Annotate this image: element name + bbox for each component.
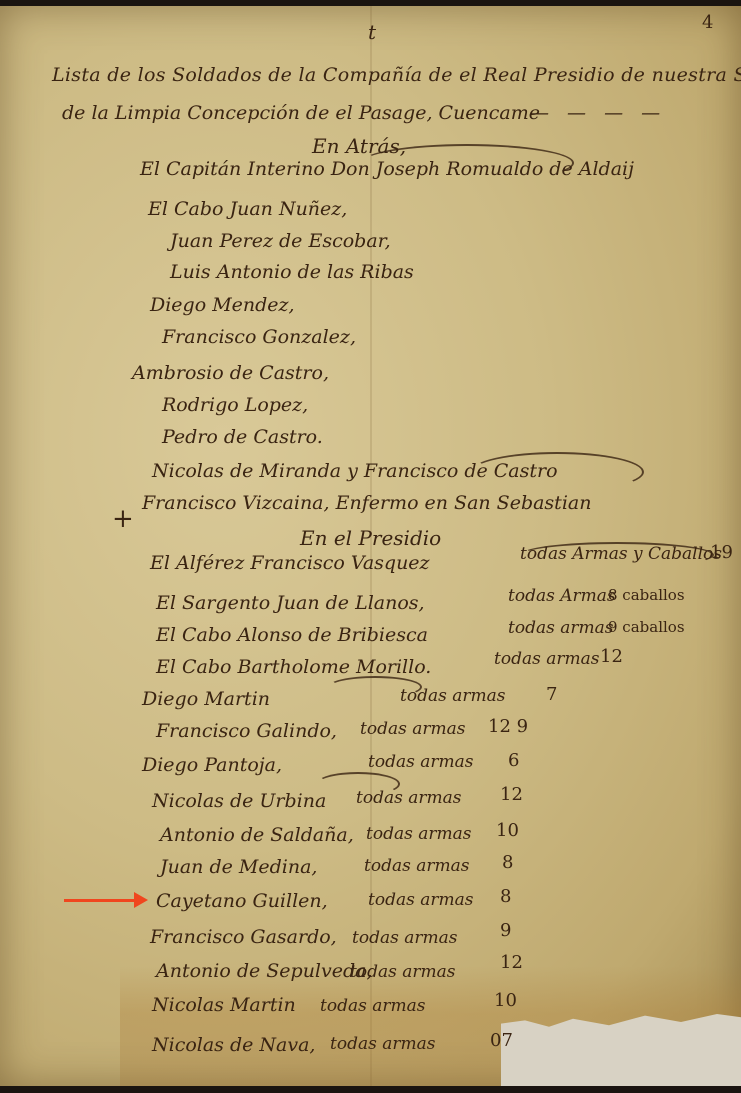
pen-flourish — [520, 542, 714, 568]
pen-flourish — [328, 676, 422, 698]
entry-arms: todas armas — [366, 824, 471, 844]
red-arrow-annotation — [64, 899, 136, 902]
entry-name: Nicolas de Urbina — [152, 790, 326, 812]
entry-name: Nicolas Martin — [152, 994, 296, 1016]
entry-count: 12 — [500, 952, 523, 973]
entry-arms: todas armas — [494, 649, 599, 669]
pen-flourish — [470, 452, 644, 492]
entry-arms: todas armas — [368, 752, 473, 772]
top-mark: t — [368, 20, 376, 44]
entry-name: Antonio de Saldaña, — [160, 824, 354, 846]
entry-count: 12 — [600, 646, 623, 667]
entry-name: Diego Mendez, — [150, 294, 295, 316]
entry-name: Diego Pantoja, — [142, 754, 282, 776]
title-line-2: de la Limpia Concepción de el Pasage, Cu… — [62, 102, 540, 124]
entry-name: Francisco Galindo, — [156, 720, 337, 742]
entry-name: Diego Martin — [142, 688, 270, 710]
entry-count: 10 — [494, 990, 517, 1011]
title-line-1: Lista de los Soldados de la Compañía de … — [52, 64, 741, 86]
folio-number: 4 — [702, 12, 713, 33]
entry-count: 10 — [496, 820, 519, 841]
entry-count: 19 — [710, 542, 733, 563]
entry-name: El Sargento Juan de Llanos, — [156, 592, 425, 614]
entry-name: El Cabo Bartholome Morillo. — [156, 656, 431, 678]
entry-arms: todas armas — [350, 962, 455, 982]
margin-cross-mark: + — [112, 504, 134, 534]
entry-name: Juan Perez de Escobar, — [170, 230, 391, 252]
manuscript-page: 4 t Lista de los Soldados de la Compañía… — [0, 6, 741, 1086]
entry-arms: todas Armas — [508, 586, 616, 606]
section-heading: En el Presidio — [300, 526, 441, 550]
entry-name: Antonio de Sepulveda, — [156, 960, 373, 982]
entry-name-highlighted: Cayetano Guillen, — [156, 890, 328, 912]
entry-count: 8 — [500, 886, 511, 907]
entry-name: Rodrigo Lopez, — [162, 394, 308, 416]
entry-name: Francisco Gasardo, — [150, 926, 337, 948]
entry-arms: todas armas — [330, 1034, 435, 1054]
title-dashes: — — — — — [530, 102, 666, 124]
entry-name: Francisco Vizcaina, Enfermo en San Sebas… — [142, 492, 591, 514]
entry-name: Ambrosio de Castro, — [132, 362, 329, 384]
entry-count: 12 — [500, 784, 523, 805]
pen-flourish — [316, 772, 400, 796]
entry-arms: todas armas — [368, 890, 473, 910]
entry-count: 9 — [500, 920, 511, 941]
entry-name: El Cabo Alonso de Bribiesca — [156, 624, 428, 646]
entry-arms: todas armas — [508, 618, 613, 638]
entry-count: 8 — [502, 852, 513, 873]
entry-count: 7 — [546, 684, 557, 705]
entry-count: 8 caballos — [608, 586, 685, 604]
entry-name: Pedro de Castro. — [162, 426, 323, 448]
entry-arms: todas armas — [364, 856, 469, 876]
entry-count: 9 caballos — [608, 618, 685, 636]
entry-count: 12 9 — [488, 716, 528, 737]
entry-arms: todas armas — [360, 719, 465, 739]
entry-name: Francisco Gonzalez, — [162, 326, 356, 348]
entry-name: Nicolas de Nava, — [152, 1034, 315, 1056]
entry-count: 07 — [490, 1030, 513, 1051]
entry-name: Luis Antonio de las Ribas — [170, 261, 414, 283]
entry-arms: todas armas — [352, 928, 457, 948]
entry-count: 6 — [508, 750, 519, 771]
entry-arms: todas armas — [320, 996, 425, 1016]
entry-name: Juan de Medina, — [160, 856, 317, 878]
entry-name: El Alférez Francisco Vasquez — [150, 552, 430, 574]
pen-flourish — [360, 144, 574, 182]
entry-name: El Cabo Juan Nuñez, — [148, 198, 347, 220]
